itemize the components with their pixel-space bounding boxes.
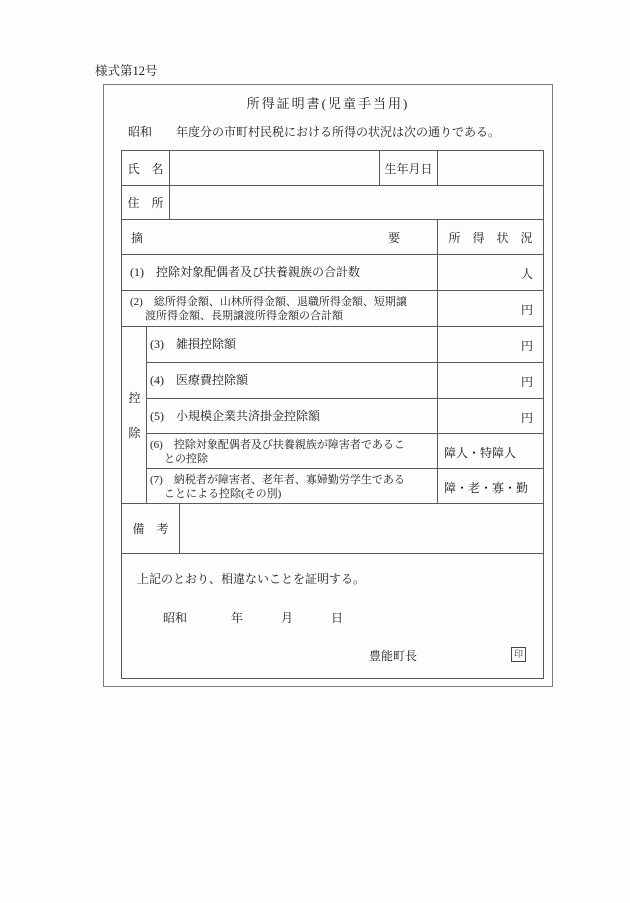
name-value-cell: [170, 151, 380, 185]
certification-text: 上記のとおり、相違ないことを証明する。: [137, 570, 365, 587]
row5-text: (5) 小規模企業共済掛金控除額: [147, 398, 438, 433]
row4-value: 円: [438, 362, 543, 398]
address-row: 住 所: [122, 185, 543, 219]
document-title: 所得証明書(児童手当用): [104, 93, 552, 112]
name-label: 氏 名: [122, 151, 170, 185]
certification-cell: 上記のとおり、相違ないことを証明する。 昭和 年 月 日 豊能町長 印: [122, 553, 543, 678]
deduction-group-char-2: 除: [128, 424, 140, 441]
remarks-label: 備 考: [122, 503, 180, 553]
income-table: 氏 名 生年月日 住 所 摘 要 所 得 状 況 (1) 控除対象配偶者及: [121, 150, 544, 679]
certificate-border-box: 所得証明書(児童手当用) 昭和 年度分の市町村民税における所得の状況は次の通りで…: [103, 84, 553, 687]
table-row: (1) 控除対象配偶者及び扶養親族の合計数 人: [122, 254, 543, 290]
preamble-line: 昭和 年度分の市町村民税における所得の状況は次の通りである。: [128, 123, 500, 140]
birthdate-value-cell: [438, 151, 543, 185]
row1-value: 人: [438, 254, 543, 290]
table-row: (4) 医療費控除額 円: [122, 362, 543, 398]
deduction-group-char-1: 控: [128, 389, 140, 406]
table-row: (6) 控除対象配偶者及び扶養親族が障害者であるこ との控除 障人・特障人: [122, 433, 543, 468]
signer-title: 豊能町長: [369, 647, 417, 664]
remarks-value-cell: [180, 503, 543, 553]
address-value-cell: [170, 185, 543, 219]
table-row: (7) 納税者が障害者、老年者、寡婦勤労学生である ことによる控除(その別) 障…: [122, 468, 543, 503]
deduction-group-label: 控 除: [122, 327, 147, 503]
row5-value: 円: [438, 398, 543, 433]
date-year-label: 年: [231, 609, 243, 626]
row6-value: 障人・特障人: [438, 433, 543, 468]
summary-header-cell: 摘 要: [122, 219, 438, 254]
row2-text: (2) 総所得金額、山林所得金額、退職所得金額、短期譲 渡所得金額、長期譲渡所得…: [122, 290, 438, 326]
date-era: 昭和: [163, 609, 187, 626]
birthdate-label: 生年月日: [380, 151, 438, 185]
table-row: (2) 総所得金額、山林所得金額、退職所得金額、短期譲 渡所得金額、長期譲渡所得…: [122, 290, 543, 326]
seal-mark: 印: [511, 647, 526, 662]
row7-value: 障・老・寡・勤: [438, 468, 543, 503]
address-label: 住 所: [122, 185, 170, 219]
form-number: 様式第12号: [95, 61, 158, 79]
row3-value: 円: [438, 326, 543, 362]
date-day-label: 日: [331, 609, 343, 626]
row1-text: (1) 控除対象配偶者及び扶養親族の合計数: [122, 254, 438, 290]
row6-text: (6) 控除対象配偶者及び扶養親族が障害者であるこ との控除: [147, 433, 438, 468]
preamble-text: 年度分の市町村民税における所得の状況は次の通りである。: [176, 123, 500, 140]
summary-header-left: 摘: [131, 229, 143, 246]
table-row: (5) 小規模企業共済掛金控除額 円: [122, 398, 543, 433]
date-month-label: 月: [281, 609, 293, 626]
row4-text: (4) 医療費控除額: [147, 362, 438, 398]
status-header-cell: 所 得 状 況: [438, 219, 543, 254]
preamble-era: 昭和: [128, 123, 152, 140]
row2-value: 円: [438, 290, 543, 326]
row7-text: (7) 納税者が障害者、老年者、寡婦勤労学生である ことによる控除(その別): [147, 468, 438, 503]
table-row: (3) 雑損控除額 円: [122, 326, 543, 362]
name-row: 氏 名 生年月日: [122, 151, 543, 185]
summary-header-right: 要: [388, 229, 400, 246]
table-header-row: 摘 要 所 得 状 況: [122, 219, 543, 254]
certification-row: 上記のとおり、相違ないことを証明する。 昭和 年 月 日 豊能町長 印: [122, 553, 543, 678]
remarks-row: 備 考: [122, 503, 543, 553]
row3-text: (3) 雑損控除額: [147, 326, 438, 362]
document-page: 様式第12号 所得証明書(児童手当用) 昭和 年度分の市町村民税における所得の状…: [0, 0, 630, 903]
